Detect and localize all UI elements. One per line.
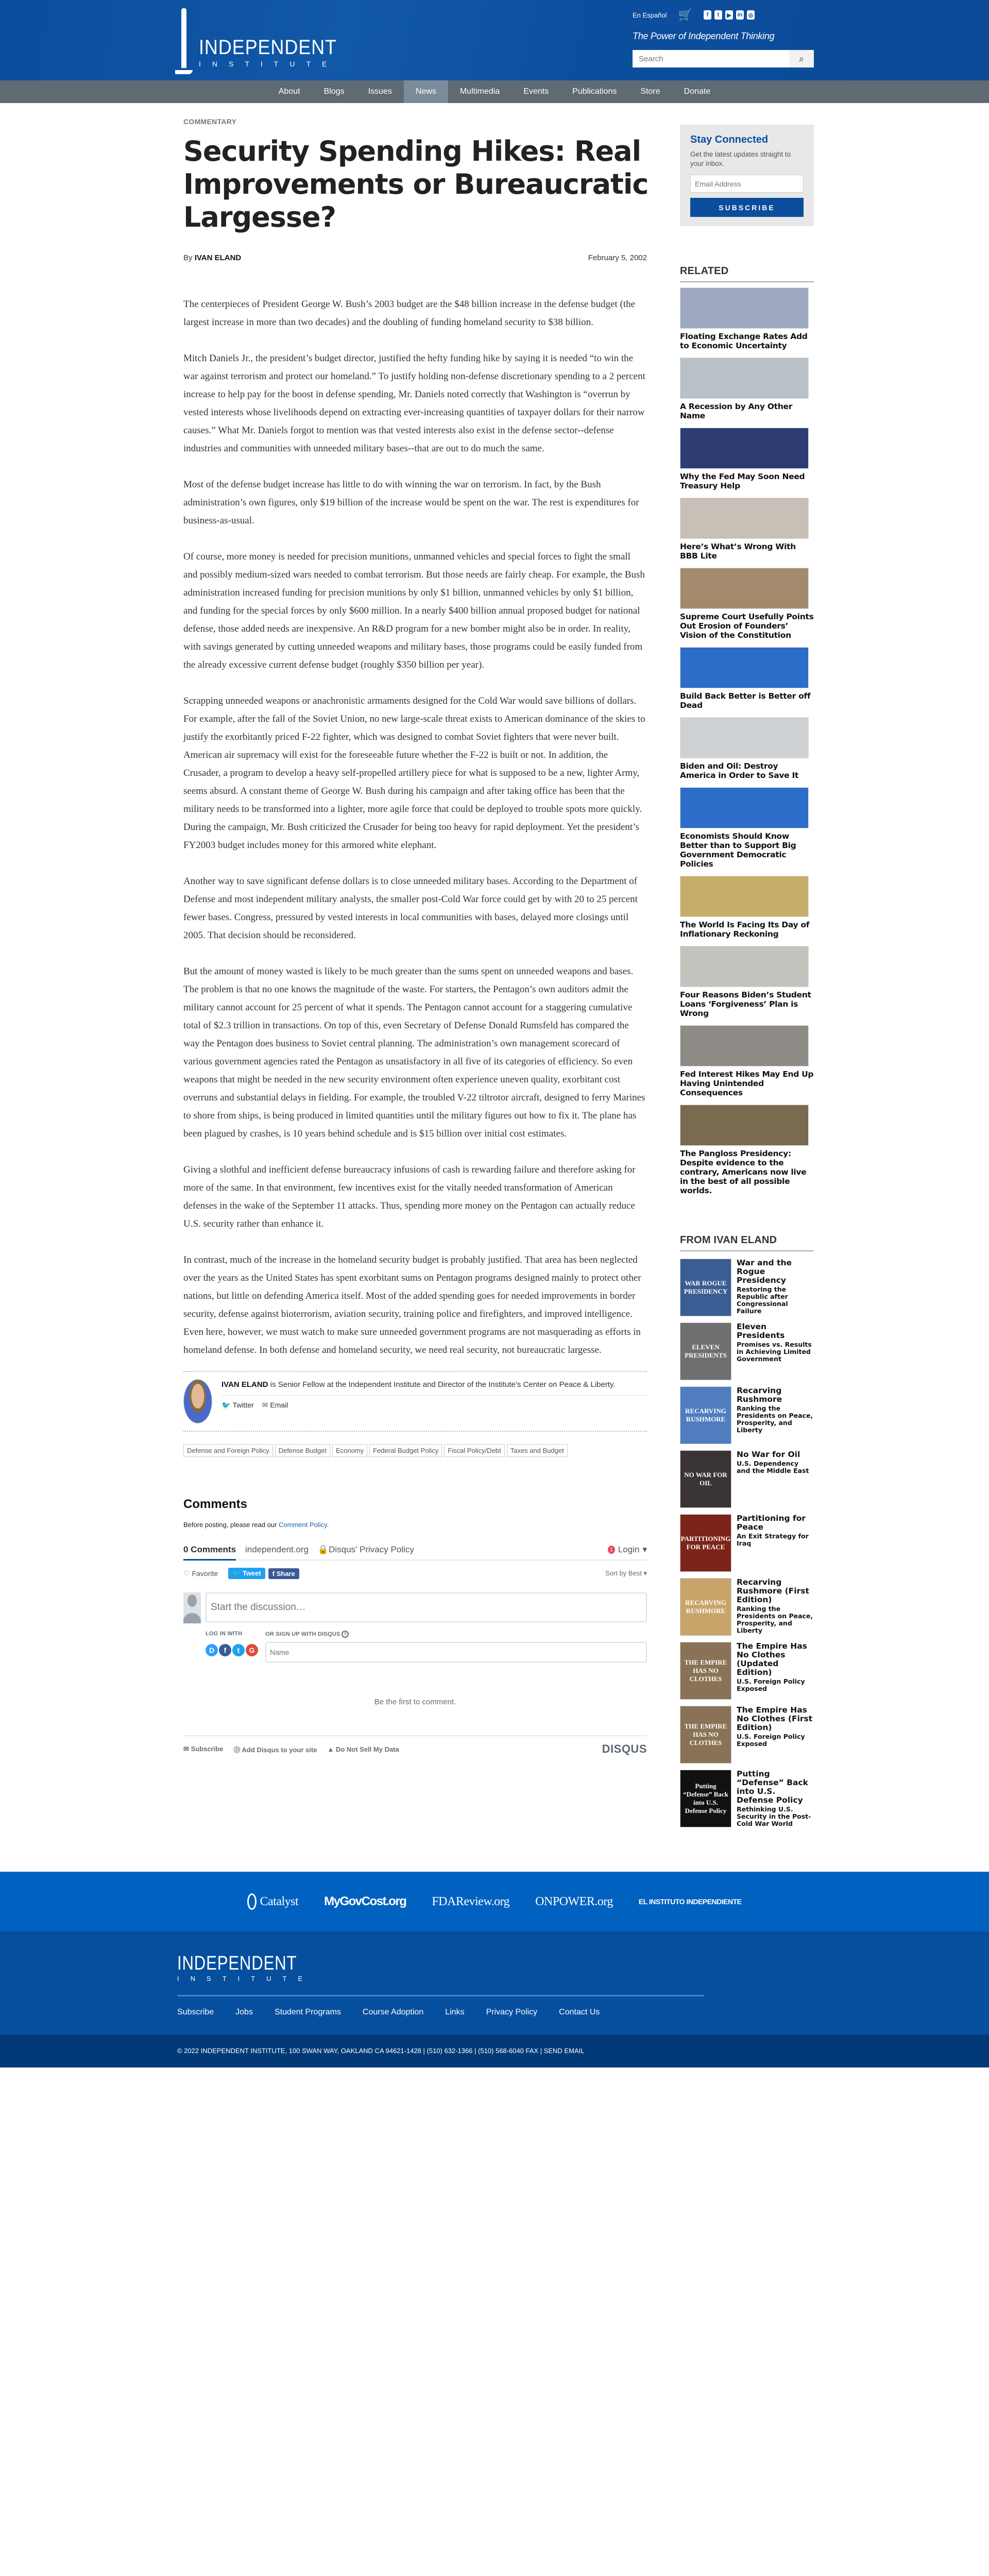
related-article-title[interactable]: The Pangloss Presidency: Despite evidenc…: [680, 1149, 814, 1195]
disqus-icon: Ⓓ: [233, 1746, 240, 1754]
nav-publications[interactable]: Publications: [560, 80, 628, 103]
book-title[interactable]: No War for Oil: [737, 1450, 814, 1459]
related-article[interactable]: Fed Interest Hikes May End Up Having Uni…: [680, 1025, 814, 1097]
partner-sites: Catalyst MyGovCost.org FDAReview.org ONP…: [0, 1872, 989, 1931]
related-article-thumbnail[interactable]: [680, 1105, 809, 1146]
email-label: Email: [270, 1401, 288, 1409]
email-icon: ✉: [262, 1401, 268, 1409]
related-article-thumbnail[interactable]: [680, 876, 809, 917]
search-box: ⌕: [633, 50, 814, 67]
related-article-thumbnail[interactable]: [680, 568, 809, 609]
site-header: INDEPENDENT INSTITUTE En Español 🛒 f t ▶…: [0, 0, 989, 80]
book-cover[interactable]: ELEVEN PRESIDENTS: [680, 1323, 731, 1380]
twitter-label: Twitter: [232, 1401, 253, 1409]
related-article-title[interactable]: Supreme Court Usefully Points Out Erosio…: [680, 612, 814, 640]
book-subtitle: An Exit Strategy for Iraq: [737, 1533, 814, 1547]
book-cover[interactable]: Putting “Defense” Back into U.S. Defense…: [680, 1770, 731, 1827]
related-article[interactable]: The World Is Facing Its Day of Inflation…: [680, 876, 814, 939]
disqus-login-icon[interactable]: D: [206, 1644, 218, 1656]
sort-dropdown[interactable]: Sort by Best ▾: [605, 1569, 647, 1578]
google-login-icon[interactable]: G: [246, 1644, 258, 1656]
nav-donate[interactable]: Donate: [672, 80, 723, 103]
book-cover[interactable]: RECARVING RUSHMORE: [680, 1386, 731, 1444]
twitter-icon: 🐦: [221, 1401, 230, 1409]
article-body: The centerpieces of President George W. …: [183, 295, 647, 1359]
paragraph: Another way to save significant defense …: [183, 872, 647, 944]
do-not-sell-label: Do Not Sell My Data: [336, 1745, 399, 1753]
tag[interactable]: Taxes and Budget: [507, 1444, 568, 1457]
footer-divider: [177, 1995, 704, 1996]
footer-link-contact[interactable]: Contact Us: [559, 2008, 600, 2017]
related-article[interactable]: Biden and Oil: Destroy America in Order …: [680, 717, 814, 780]
books-list: WAR ROGUE PRESIDENCYWar and the Rogue Pr…: [680, 1259, 814, 1827]
related-article-thumbnail[interactable]: [680, 287, 809, 329]
comment-policy-note: Before posting, please read our Comment …: [183, 1521, 647, 1529]
book-cover[interactable]: WAR ROGUE PRESIDENCY: [680, 1259, 731, 1316]
comment-policy-link[interactable]: Comment Policy.: [279, 1521, 329, 1529]
newsletter-title: Stay Connected: [690, 134, 804, 146]
related-article-thumbnail[interactable]: [680, 647, 809, 688]
partner-instituto[interactable]: EL INSTITUTO INDEPENDIENTE: [639, 1897, 742, 1906]
book-title[interactable]: Eleven Presidents: [737, 1323, 814, 1340]
article-title: Security Spending Hikes: Real Improvemen…: [183, 135, 649, 234]
book-cover[interactable]: PARTITIONING FOR PEACE: [680, 1514, 731, 1572]
twitter-login-icon[interactable]: t: [232, 1644, 245, 1656]
nav-store[interactable]: Store: [628, 80, 672, 103]
related-article[interactable]: Build Back Better is Better off Dead: [680, 647, 814, 710]
main-nav: About Blogs Issues News Multimedia Event…: [0, 80, 989, 103]
author-twitter-link[interactable]: 🐦Twitter: [221, 1401, 254, 1410]
chevron-down-icon: ▾: [642, 1545, 647, 1555]
comments-section: Comments Before posting, please read our…: [183, 1497, 647, 1756]
related-article-title[interactable]: Build Back Better is Better off Dead: [680, 691, 814, 710]
related-article-title[interactable]: Why the Fed May Soon Need Treasury Help: [680, 472, 814, 490]
related-article[interactable]: A Recession by Any Other Name: [680, 358, 814, 420]
warning-icon: ▲: [327, 1745, 334, 1753]
by-label: By: [183, 253, 193, 262]
tag[interactable]: Defense and Foreign Policy: [183, 1444, 273, 1457]
newsletter-email-input[interactable]: [690, 175, 804, 193]
comment-actions: ♡ Favorite 🐦 Tweet f Share Sort by Best …: [183, 1568, 647, 1579]
book-item[interactable]: NO WAR FOR OILNo War for OilU.S. Depende…: [680, 1450, 814, 1508]
nav-news[interactable]: News: [404, 80, 448, 103]
instagram-icon[interactable]: ◎: [747, 10, 755, 20]
author-email-link[interactable]: ✉Email: [262, 1401, 288, 1410]
related-article-thumbnail[interactable]: [680, 787, 809, 828]
add-disqus-label: Add Disqus to your site: [242, 1746, 317, 1754]
author-bio: is Senior Fellow at the Independent Inst…: [268, 1380, 616, 1389]
empty-comments-text: Be the first to comment.: [183, 1698, 647, 1706]
twitter-icon: 🐦: [232, 1569, 241, 1577]
linkedin-icon[interactable]: in: [736, 10, 744, 20]
book-subtitle: Restoring the Republic after Congression…: [737, 1286, 814, 1315]
comments-heading: Comments: [183, 1497, 647, 1512]
related-article-title[interactable]: A Recession by Any Other Name: [680, 402, 814, 420]
article: COMMENTARY Security Spending Hikes: Real…: [175, 117, 649, 1834]
footer-link-subscribe[interactable]: Subscribe: [177, 2008, 214, 2017]
tag[interactable]: Fiscal Policy/Debt: [444, 1444, 504, 1457]
nav-blogs[interactable]: Blogs: [312, 80, 356, 103]
footer-links: Subscribe Jobs Student Programs Course A…: [177, 2008, 814, 2017]
paragraph: In contrast, much of the increase in the…: [183, 1251, 647, 1359]
related-article[interactable]: Four Reasons Biden’s Student Loans ‘Forg…: [680, 946, 814, 1018]
paragraph: Of course, more money is needed for prec…: [183, 548, 647, 674]
related-article-thumbnail[interactable]: [680, 717, 809, 758]
tag[interactable]: Defense Budget: [275, 1444, 330, 1457]
related-article-title[interactable]: Economists Should Know Better than to Su…: [680, 832, 814, 869]
youtube-icon[interactable]: ▶: [725, 10, 733, 20]
disqus-logo[interactable]: DISQUS: [602, 1742, 647, 1756]
site-footer: INDEPENDENT INSTITUTE Subscribe Jobs Stu…: [0, 1931, 989, 2035]
twitter-icon[interactable]: t: [714, 10, 722, 20]
related-article[interactable]: Supreme Court Usefully Points Out Erosio…: [680, 568, 814, 640]
footer-link-privacy[interactable]: Privacy Policy: [486, 2008, 538, 2017]
book-item[interactable]: THE EMPIRE HAS NO CLOTHESThe Empire Has …: [680, 1642, 814, 1700]
book-item[interactable]: THE EMPIRE HAS NO CLOTHESThe Empire Has …: [680, 1706, 814, 1764]
author-box: IVAN ELAND is Senior Fellow at the Indep…: [183, 1371, 647, 1432]
book-title[interactable]: Partitioning for Peace: [737, 1514, 814, 1532]
article-date: February 5, 2002: [588, 253, 647, 262]
byline: By IVAN ELAND February 5, 2002: [183, 253, 647, 262]
sign-up-label: OR SIGN UP WITH DISQUS: [265, 1631, 340, 1637]
book-subtitle: Promises vs. Results in Achieving Limite…: [737, 1341, 814, 1363]
topic-tags: Defense and Foreign Policy Defense Budge…: [183, 1444, 647, 1457]
book-subtitle: Ranking the Presidents on Peace, Prosper…: [737, 1605, 814, 1634]
envelope-icon: ✉: [183, 1745, 189, 1753]
book-subtitle: Rethinking U.S. Security in the Post-Col…: [737, 1806, 814, 1827]
tweet-label: Tweet: [243, 1569, 261, 1577]
author-name[interactable]: IVAN ELAND: [221, 1380, 268, 1389]
logo-subtitle: INSTITUTE: [199, 59, 352, 69]
article-kicker: COMMENTARY: [183, 117, 649, 126]
user-avatar-placeholder: [183, 1592, 201, 1623]
tag[interactable]: Economy: [332, 1444, 367, 1457]
related-article-title[interactable]: Four Reasons Biden’s Student Loans ‘Forg…: [680, 990, 814, 1018]
logo-wordmark: INDEPENDENT: [199, 36, 337, 59]
comment-input[interactable]: [206, 1592, 647, 1622]
tab-comments[interactable]: 0 Comments: [183, 1540, 236, 1561]
related-list: Floating Exchange Rates Add to Economic …: [680, 287, 814, 1195]
book-cover[interactable]: THE EMPIRE HAS NO CLOTHES: [680, 1706, 731, 1764]
login-menu[interactable]: 1 Login ▾: [608, 1545, 647, 1555]
newsletter-text: Get the latest updates straight to your …: [690, 150, 804, 168]
related-article-thumbnail[interactable]: [680, 428, 809, 469]
login-label: Login: [618, 1545, 640, 1555]
book-item[interactable]: WAR ROGUE PRESIDENCYWar and the Rogue Pr…: [680, 1259, 814, 1316]
lock-icon: 🔒: [318, 1545, 329, 1554]
book-title[interactable]: Recarving Rushmore: [737, 1386, 814, 1404]
facebook-login-icon[interactable]: f: [219, 1644, 231, 1656]
facebook-icon[interactable]: f: [704, 10, 711, 20]
help-icon[interactable]: ?: [342, 1631, 349, 1638]
footer-link-links[interactable]: Links: [445, 2008, 464, 2017]
footer-logo[interactable]: INDEPENDENT INSTITUTE: [177, 1954, 814, 1982]
search-input[interactable]: [633, 50, 789, 67]
disqus-footer: ✉ Subscribe Ⓓ Add Disqus to your site ▲ …: [183, 1735, 647, 1756]
related-article[interactable]: Here’s What’s Wrong With BBB Lite: [680, 498, 814, 561]
book-item[interactable]: ELEVEN PRESIDENTSEleven PresidentsPromis…: [680, 1323, 814, 1380]
book-item[interactable]: PARTITIONING FOR PEACEPartitioning for P…: [680, 1514, 814, 1572]
paragraph: Mitch Daniels Jr., the president’s budge…: [183, 349, 647, 457]
related-article-thumbnail[interactable]: [680, 498, 809, 539]
related-article-thumbnail[interactable]: [680, 1025, 809, 1066]
book-title[interactable]: The Empire Has No Clothes (First Edition…: [737, 1706, 814, 1732]
subscribe-button[interactable]: SUBSCRIBE: [690, 198, 804, 217]
partner-label: Catalyst: [260, 1895, 298, 1909]
related-article[interactable]: Economists Should Know Better than to Su…: [680, 787, 814, 869]
book-title[interactable]: War and the Rogue Presidency: [737, 1259, 814, 1285]
book-cover[interactable]: NO WAR FOR OIL: [680, 1450, 731, 1508]
author-avatar: [183, 1379, 212, 1423]
tab-privacy[interactable]: 🔒Disqus' Privacy Policy: [318, 1545, 414, 1555]
paragraph: Giving a slothful and inefficient defens…: [183, 1161, 647, 1233]
subscribe-label: Subscribe: [191, 1745, 224, 1753]
footer-logo-wordmark: INDEPENDENT: [177, 1954, 700, 1973]
copyright-text: © 2022 INDEPENDENT INSTITUTE, 100 SWAN W…: [175, 2035, 814, 2055]
related-article[interactable]: Floating Exchange Rates Add to Economic …: [680, 287, 814, 350]
related-article[interactable]: The Pangloss Presidency: Despite evidenc…: [680, 1105, 814, 1195]
partner-fdareview[interactable]: FDAReview.org: [432, 1895, 509, 1909]
share-label: Share: [277, 1570, 295, 1578]
copyright-bar: © 2022 INDEPENDENT INSTITUTE, 100 SWAN W…: [0, 2035, 989, 2067]
partner-catalyst[interactable]: Catalyst: [247, 1893, 298, 1910]
policy-prefix: Before posting, please read our: [183, 1521, 279, 1529]
related-article-thumbnail[interactable]: [680, 946, 809, 987]
nav-about[interactable]: About: [267, 80, 312, 103]
related-heading: RELATED: [680, 265, 814, 282]
nav-issues[interactable]: Issues: [356, 80, 404, 103]
book-item[interactable]: RECARVING RUSHMORERecarving Rushmore (Fi…: [680, 1578, 814, 1636]
search-icon[interactable]: ⌕: [789, 50, 814, 67]
book-subtitle: U.S. Dependency and the Middle East: [737, 1460, 814, 1475]
disqus-subscribe-link[interactable]: ✉ Subscribe: [183, 1745, 223, 1753]
partner-onpower[interactable]: ONPOWER.org: [535, 1895, 613, 1909]
add-disqus-link[interactable]: Ⓓ Add Disqus to your site: [233, 1744, 317, 1754]
nav-multimedia[interactable]: Multimedia: [448, 80, 511, 103]
privacy-label: Disqus' Privacy Policy: [329, 1545, 414, 1554]
heart-icon: ♡: [183, 1569, 190, 1578]
do-not-sell-link[interactable]: ▲ Do Not Sell My Data: [327, 1745, 399, 1753]
partner-mygovcost[interactable]: MyGovCost.org: [324, 1894, 406, 1909]
site-logo[interactable]: INDEPENDENT INSTITUTE: [175, 6, 352, 74]
lang-link[interactable]: En Español: [633, 11, 667, 19]
sort-label: Sort by Best: [605, 1569, 642, 1577]
disqus-tabs: 0 Comments independent.org 🔒Disqus' Priv…: [183, 1540, 647, 1561]
author-link[interactable]: IVAN ELAND: [195, 253, 242, 262]
related-article[interactable]: Why the Fed May Soon Need Treasury Help: [680, 428, 814, 490]
favorite-button[interactable]: ♡ Favorite: [183, 1569, 218, 1578]
paragraph: Scrapping unneeded weapons or anachronis…: [183, 692, 647, 854]
favorite-label: Favorite: [192, 1569, 218, 1578]
footer-link-student-programs[interactable]: Student Programs: [275, 2008, 341, 2017]
book-item[interactable]: RECARVING RUSHMORERecarving RushmoreRank…: [680, 1386, 814, 1444]
facebook-icon: f: [272, 1570, 275, 1578]
footer-link-course-adoption[interactable]: Course Adoption: [363, 2008, 423, 2017]
book-item[interactable]: Putting “Defense” Back into U.S. Defense…: [680, 1770, 814, 1827]
facebook-share-button[interactable]: f Share: [268, 1568, 299, 1579]
related-article-title[interactable]: Floating Exchange Rates Add to Economic …: [680, 332, 814, 350]
login-options: LOG IN WITH D f t G OR SIGN UP WITH DISQ…: [206, 1631, 647, 1663]
book-title[interactable]: The Empire Has No Clothes (Updated Editi…: [737, 1642, 814, 1677]
footer-logo-subtitle: INSTITUTE: [177, 1975, 814, 1982]
tab-site[interactable]: independent.org: [245, 1545, 309, 1555]
notification-badge: 1: [608, 1546, 615, 1554]
tag[interactable]: Federal Budget Policy: [369, 1444, 442, 1457]
log-in-with-label: LOG IN WITH: [206, 1631, 265, 1637]
from-author-heading: FROM IVAN ELAND: [680, 1234, 814, 1251]
nav-events[interactable]: Events: [511, 80, 560, 103]
book-subtitle: Ranking the Presidents on Peace, Prosper…: [737, 1405, 814, 1434]
name-input[interactable]: [265, 1642, 647, 1663]
related-article-title[interactable]: Fed Interest Hikes May End Up Having Uni…: [680, 1070, 814, 1097]
paragraph: But the amount of money wasted is likely…: [183, 962, 647, 1143]
related-article-thumbnail[interactable]: [680, 358, 809, 399]
book-cover[interactable]: RECARVING RUSHMORE: [680, 1578, 731, 1636]
book-subtitle: U.S. Foreign Policy Exposed: [737, 1678, 814, 1692]
book-subtitle: U.S. Foreign Policy Exposed: [737, 1733, 814, 1748]
chevron-down-icon: ▾: [643, 1569, 647, 1577]
related-article-title[interactable]: The World Is Facing Its Day of Inflation…: [680, 920, 814, 939]
tweet-button[interactable]: 🐦 Tweet: [228, 1568, 265, 1579]
paragraph: Most of the defense budget increase has …: [183, 476, 647, 530]
shopping-cart-icon[interactable]: 🛒: [678, 8, 692, 22]
book-title[interactable]: Recarving Rushmore (First Edition): [737, 1578, 814, 1604]
related-article-title[interactable]: Biden and Oil: Destroy America in Order …: [680, 761, 814, 780]
related-article-title[interactable]: Here’s What’s Wrong With BBB Lite: [680, 542, 814, 561]
tagline: The Power of Independent Thinking: [633, 31, 814, 42]
sidebar: Stay Connected Get the latest updates st…: [680, 117, 814, 1834]
catalyst-logo-icon: [247, 1893, 257, 1910]
book-title[interactable]: Putting “Defense” Back into U.S. Defense…: [737, 1770, 814, 1805]
newsletter-signup: Stay Connected Get the latest updates st…: [680, 125, 814, 226]
lighthouse-icon: [175, 6, 193, 74]
paragraph: The centerpieces of President George W. …: [183, 295, 647, 331]
comment-composer: [183, 1592, 647, 1623]
book-cover[interactable]: THE EMPIRE HAS NO CLOTHES: [680, 1642, 731, 1700]
footer-link-jobs[interactable]: Jobs: [235, 2008, 253, 2017]
